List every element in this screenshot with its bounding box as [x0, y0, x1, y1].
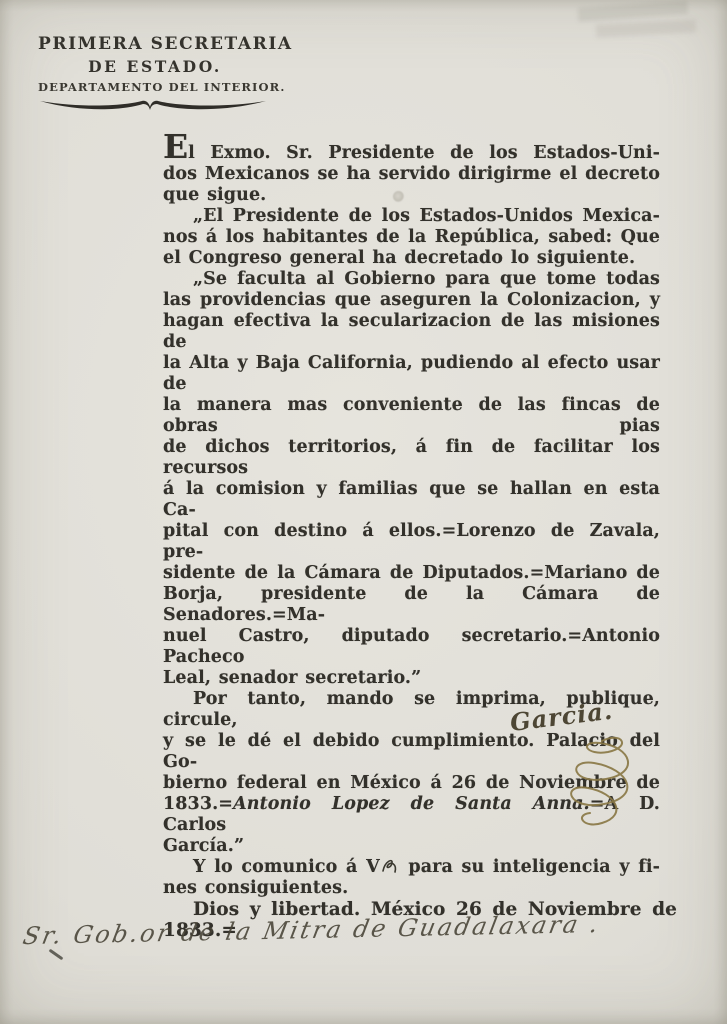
- body-line-text: l Exmo. Sr. Presidente de los Estados-Un…: [188, 143, 660, 163]
- letterhead-line2: DE ESTADO.: [38, 57, 272, 76]
- body-line: García.”: [163, 836, 660, 857]
- body-line: hagan efectiva la secularizacion de las …: [163, 311, 660, 353]
- drop-cap: E: [163, 127, 188, 166]
- body-line: las providencias que aseguren la Coloniz…: [163, 290, 660, 311]
- faint-pencil-marks: [578, 0, 689, 22]
- body-line: Leal, senador secretario.”: [163, 668, 660, 689]
- pencil-tick-mark: [49, 949, 64, 961]
- body-line-text: Y lo comunico á V: [193, 857, 380, 877]
- body-line: „Se faculta al Gobierno para que tome to…: [163, 269, 660, 290]
- scanned-decree-page: PRIMERA SECRETARIA DE ESTADO. DEPARTAMEN…: [0, 0, 727, 1024]
- paper-stain: [393, 191, 404, 202]
- body-line: el Congreso general ha decretado lo sigu…: [163, 248, 660, 269]
- body-line: nes consiguientes.: [163, 878, 660, 899]
- body-line: El Exmo. Sr. Presidente de los Estados-U…: [163, 143, 660, 164]
- handwritten-flourish-icon: [380, 857, 400, 875]
- body-line: de dichos territorios, á fin de facilita…: [163, 437, 660, 479]
- body-line-text: 1833.=: [163, 794, 233, 814]
- body-line: dos Mexicanos se ha servido dirigirme el…: [163, 164, 660, 185]
- body-line: la Alta y Baja California, pudiendo al e…: [163, 353, 660, 395]
- body-line: la manera mas conveniente de las fincas …: [163, 395, 660, 437]
- letterhead-line3: DEPARTAMENTO DEL INTERIOR.: [38, 80, 272, 94]
- body-line: á la comision y familias que se hallan e…: [163, 479, 660, 521]
- swash-rule-icon: [38, 96, 268, 116]
- body-line: „El Presidente de los Estados-Unidos Mex…: [163, 206, 660, 227]
- body-line: nos á los habitantes de la República, sa…: [163, 227, 660, 248]
- letterhead: PRIMERA SECRETARIA DE ESTADO. DEPARTAMEN…: [38, 34, 272, 116]
- body-line: pital con destino á ellos.=Lorenzo de Za…: [163, 521, 660, 563]
- body-line-text: para su inteligencia y fi-: [408, 857, 660, 877]
- body-line: Y lo comunico á V para su inteligencia y…: [163, 857, 660, 878]
- body-line: Borja, presidente de la Cámara de Senado…: [163, 584, 660, 626]
- faint-pencil-marks: [596, 19, 697, 37]
- letterhead-line1: PRIMERA SECRETARIA: [38, 34, 272, 54]
- signature-rubric-icon: [546, 733, 638, 833]
- handwritten-annotation: Sr. Gob.or de la Mitra de Guadalaxara .: [21, 909, 646, 950]
- body-line: sidente de la Cámara de Diputados.=Maria…: [163, 563, 660, 584]
- signature-block: Garcia.: [512, 708, 672, 833]
- body-line: nuel Castro, diputado secretario.=Antoni…: [163, 626, 660, 668]
- body-line: que sigue.: [163, 185, 660, 206]
